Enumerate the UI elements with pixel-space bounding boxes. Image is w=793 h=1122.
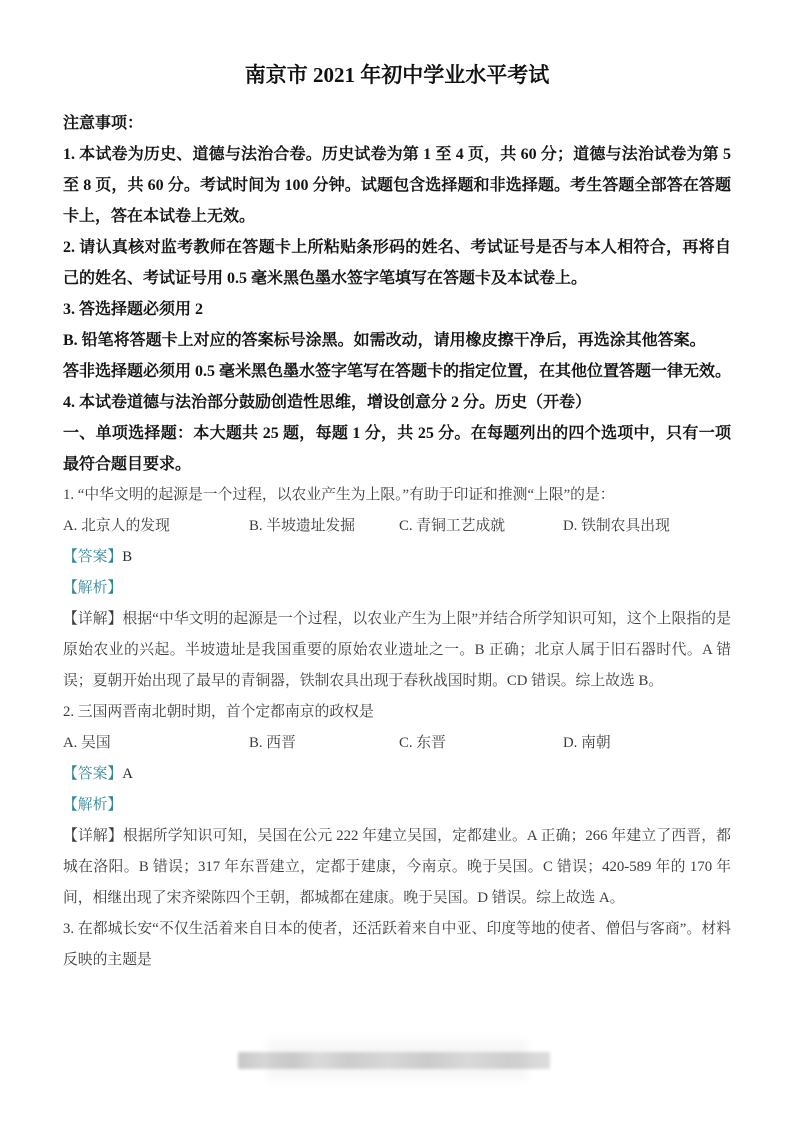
option-b: B. 半坡遗址发掘	[249, 511, 399, 542]
detail-paragraph: 【详解】根据“中华文明的起源是一个过程，以农业产生为上限”并结合所学知识可知，这…	[63, 604, 731, 697]
question-block-2: 2. 三国两晋南北朝时期，首个定都南京的政权是 A. 吴国 B. 西晋 C. 东…	[63, 697, 731, 914]
section-heading: 一、单项选择题：本大题共 25 题，每题 1 分，共 25 分。在每题列出的四个…	[63, 418, 731, 480]
note-paragraph-1: 1. 本试卷为历史、道德与法治合卷。历史试卷为第 1 至 4 页，共 60 分；…	[63, 139, 731, 232]
note-paragraph-3c: 答非选择题必须用 0.5 毫米黑色墨水签字笔写在答题卡的指定位置，在其他位置答题…	[63, 356, 731, 387]
analysis-line: 【解析】	[63, 573, 731, 604]
note-paragraph-2: 2. 请认真核对监考教师在答题卡上所粘贴条形码的姓名、考试证号是否与本人相符合，…	[63, 232, 731, 294]
note-paragraph-3: 3. 答选择题必须用 2	[63, 294, 731, 325]
page-title: 南京市 2021 年初中学业水平考试	[63, 56, 731, 94]
option-b: B. 西晋	[249, 728, 399, 759]
option-d: D. 铁制农具出现	[563, 511, 731, 542]
analysis-line: 【解析】	[63, 790, 731, 821]
document-content: 南京市 2021 年初中学业水平考试 注意事项： 1. 本试卷为历史、道德与法治…	[63, 56, 731, 976]
answer-label: 【答案】	[63, 549, 122, 565]
detail-label: 【详解】	[63, 611, 123, 627]
notes-heading: 注意事项：	[63, 108, 731, 139]
option-a: A. 吴国	[63, 728, 249, 759]
option-a: A. 北京人的发现	[63, 511, 249, 542]
detail-text: 根据“中华文明的起源是一个过程，以农业产生为上限”并结合所学知识可知，这个上限指…	[63, 611, 731, 689]
option-d: D. 南朝	[563, 728, 731, 759]
question-stem: 1. “中华文明的起源是一个过程，以农业产生为上限。”有助于印证和推测“上限”的…	[63, 480, 731, 511]
answer-value: A	[122, 766, 133, 782]
exam-document-page: 南京市 2021 年初中学业水平考试 注意事项： 1. 本试卷为历史、道德与法治…	[0, 0, 793, 1122]
options-row: A. 北京人的发现 B. 半坡遗址发掘 C. 青铜工艺成就 D. 铁制农具出现	[63, 511, 731, 542]
note-paragraph-4: 4. 本试卷道德与法治部分鼓励创造性思维，增设创意分 2 分。历史（开卷）	[63, 387, 731, 418]
option-c: C. 青铜工艺成就	[399, 511, 563, 542]
question-block-1: 1. “中华文明的起源是一个过程，以农业产生为上限。”有助于印证和推测“上限”的…	[63, 480, 731, 697]
detail-paragraph: 【详解】根据所学知识可知，吴国在公元 222 年建立吴国，定都建业。A 正确；2…	[63, 821, 731, 914]
note-paragraph-3b: B. 铅笔将答题卡上对应的答案标号涂黑。如需改动，请用橡皮擦干净后，再选涂其他答…	[63, 325, 731, 356]
question-block-3: 3. 在都城长安“不仅生活着来自日本的使者，还活跃着来自中亚、印度等地的使者、僧…	[63, 914, 731, 976]
answer-line: 【答案】B	[63, 542, 731, 573]
options-row: A. 吴国 B. 西晋 C. 东晋 D. 南朝	[63, 728, 731, 759]
question-stem: 3. 在都城长安“不仅生活着来自日本的使者，还活跃着来自中亚、印度等地的使者、僧…	[63, 914, 731, 976]
detail-label: 【详解】	[63, 828, 123, 844]
question-stem: 2. 三国两晋南北朝时期，首个定都南京的政权是	[63, 697, 731, 728]
detail-text: 根据所学知识可知，吴国在公元 222 年建立吴国，定都建业。A 正确；266 年…	[63, 828, 731, 906]
blurred-watermark	[238, 1052, 550, 1069]
analysis-label: 【解析】	[63, 580, 122, 596]
answer-line: 【答案】A	[63, 759, 731, 790]
option-c: C. 东晋	[399, 728, 563, 759]
analysis-label: 【解析】	[63, 797, 122, 813]
answer-label: 【答案】	[63, 766, 122, 782]
answer-value: B	[122, 549, 132, 565]
